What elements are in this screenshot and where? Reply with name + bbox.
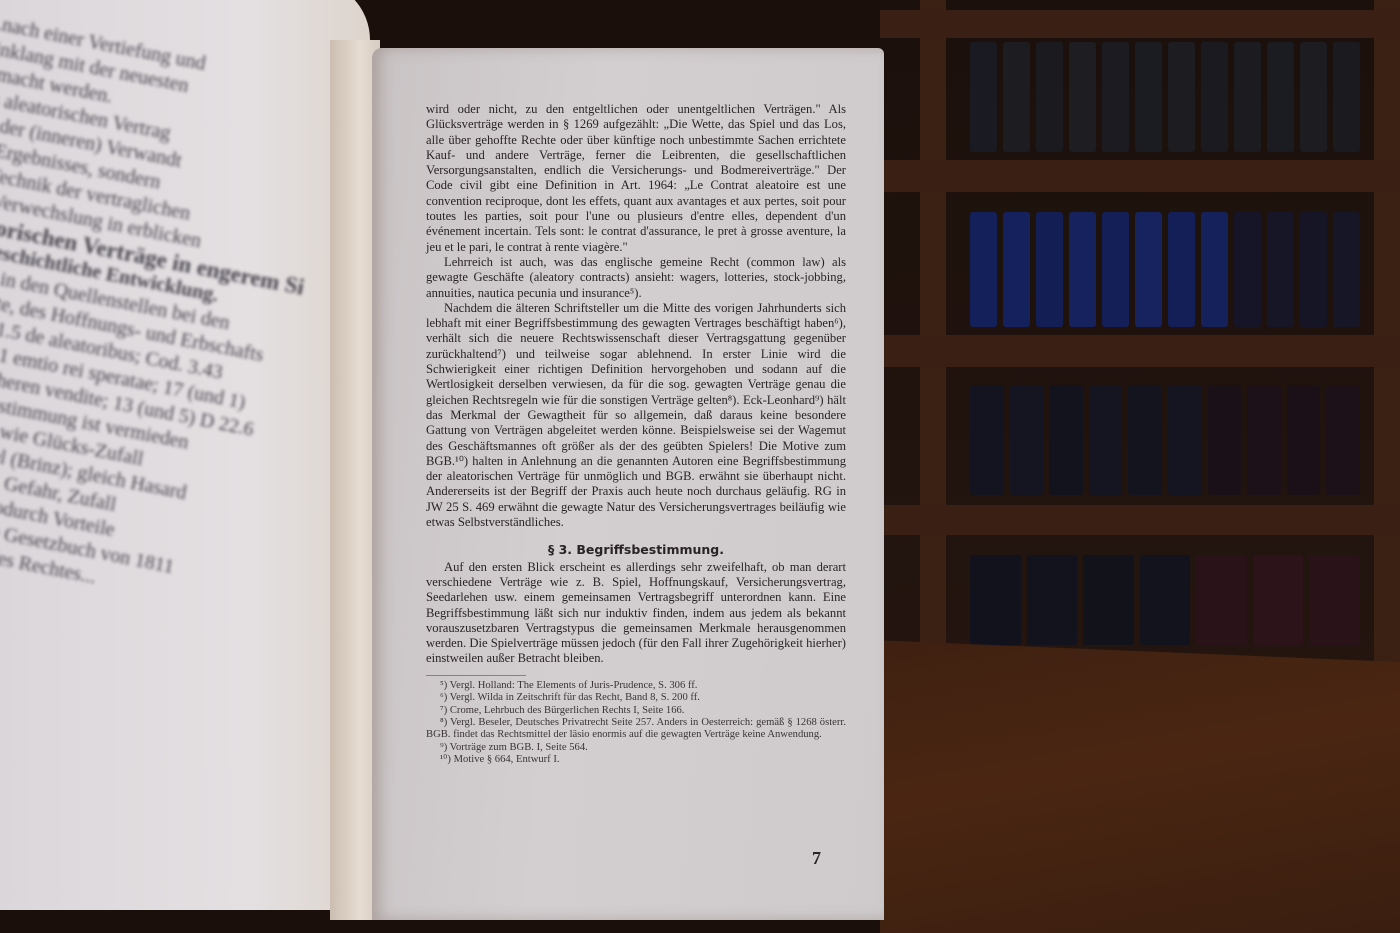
wooden-table xyxy=(880,625,1400,933)
shelf-row-middle xyxy=(970,212,1360,327)
footnote: ⁶) Vergl. Wilda in Zeitschrift für das R… xyxy=(426,692,846,704)
footnotes: ⁵) Vergl. Holland: The Elements of Juris… xyxy=(426,680,846,767)
footnote: ⁹) Vorträge zum BGB. I, Seite 564. xyxy=(426,742,846,754)
shelf-row-bottom xyxy=(970,555,1360,645)
paragraph: wird oder nicht, zu den entgeltlichen od… xyxy=(426,102,846,255)
shelf-board xyxy=(880,505,1400,535)
section-heading: § 3. Begriffsbestimmung. xyxy=(426,542,846,557)
shelf-row-lower xyxy=(970,385,1360,495)
paragraph: Lehrreich ist auch, was das englische ge… xyxy=(426,255,846,301)
paragraph: Nachdem die älteren Schriftsteller um di… xyxy=(426,301,846,530)
right-page: wird oder nicht, zu den entgeltlichen od… xyxy=(372,48,884,920)
page-body: wird oder nicht, zu den entgeltlichen od… xyxy=(426,102,846,767)
left-page-text: ...nach einer Vertiefung und Einklang mi… xyxy=(0,10,343,619)
footnote: ⁸) Vergl. Beseler, Deutsches Privatrecht… xyxy=(426,717,846,742)
photo-scene: ...nach einer Vertiefung und Einklang mi… xyxy=(0,0,1400,933)
shelf-row-top xyxy=(970,42,1360,152)
page-number: 7 xyxy=(812,848,821,869)
shelf-board xyxy=(880,335,1400,367)
paragraph: Auf den ersten Blick erscheint es allerd… xyxy=(426,560,846,667)
left-page-blurred: ...nach einer Vertiefung und Einklang mi… xyxy=(0,0,370,910)
footnote: ⁷) Crome, Lehrbuch des Bürgerlichen Rech… xyxy=(426,705,846,717)
footnote: ⁵) Vergl. Holland: The Elements of Juris… xyxy=(426,680,846,692)
bookshelf-background xyxy=(880,0,1400,700)
shelf-board xyxy=(880,160,1400,192)
footnote-divider xyxy=(426,675,526,676)
footnote: ¹⁰) Motive § 664, Entwurf I. xyxy=(426,754,846,766)
shelf-board xyxy=(880,10,1400,38)
